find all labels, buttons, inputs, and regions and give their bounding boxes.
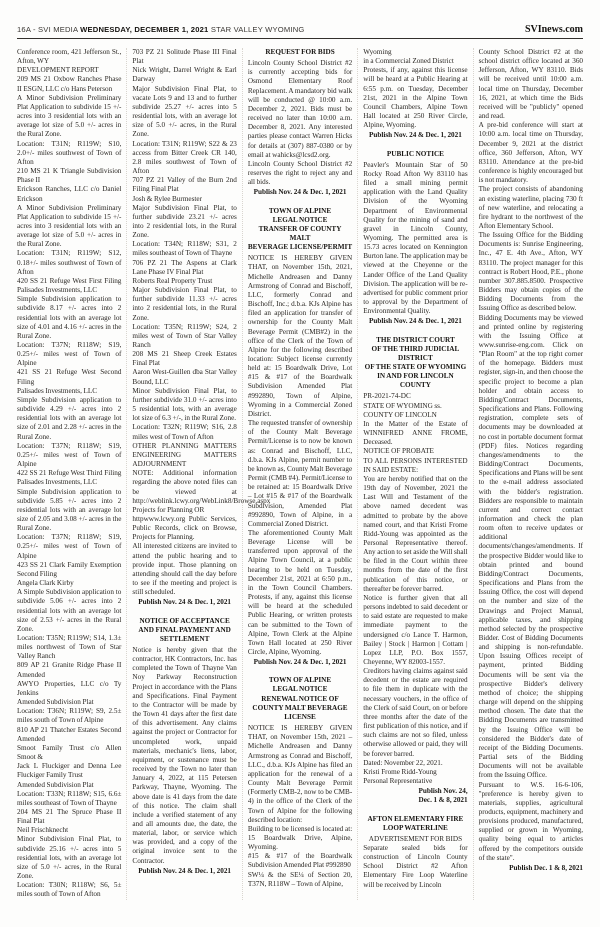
notice-paragraph: Separate sealed bids for construction of… xyxy=(363,844,467,890)
publish-line: Publish Nov. 24 & Dec. 1, 2021 xyxy=(363,131,467,140)
issue-date: WEDNESDAY, DECEMBER 1, 2021 xyxy=(80,25,208,34)
notice-paragraph: 209 MS 21 Oxbow Ranches Phase II ESGN, L… xyxy=(17,75,121,93)
notice-paragraph: Wyoming xyxy=(363,48,467,57)
page-label: 16A - SVI MEDIA xyxy=(17,25,78,34)
news-column-3: REQUEST FOR BIDSLincoln County School Di… xyxy=(248,48,358,900)
notice-paragraph: 423 SS 21 Clark Family Exemption Second … xyxy=(17,561,121,579)
publish-line: Publish Nov. 24 & Dec. 1, 2021 xyxy=(132,867,236,876)
notice-heading: THE DISTRICT COURT OF THE THIRD JUDICIAL… xyxy=(363,336,467,391)
publish-line: Publish Nov. 24 & Dec. 1, 2021 xyxy=(363,317,467,326)
notice-paragraph: The project consists of abandoning an ex… xyxy=(479,185,583,231)
notice-paragraph: #15 & #17 of the Boardwalk Subdivision A… xyxy=(248,852,352,870)
notice-paragraph: Aaron West-Guillen dba Star Valley Bound… xyxy=(132,368,236,386)
notice-paragraph: Personal Representative xyxy=(363,777,467,786)
notice-paragraph: Location: T31N; R119W; S22 & 23 access f… xyxy=(132,140,236,177)
notice-paragraph: Location: T32N; R119W; S16, 2.8 miles we… xyxy=(132,423,236,441)
notice-paragraph: Erickson Ranches, LLC c/o Daniel Erickso… xyxy=(17,185,121,203)
notice-heading: AFTON ELEMENTARY FIRE LOOP WATERLINE xyxy=(363,815,467,833)
notice-paragraph: Notice is further given that all persons… xyxy=(363,594,467,667)
notice-paragraph: 420 SS 21 Refuge West First Filing Palis… xyxy=(17,277,121,295)
notice-paragraph: Location: T35N; R119W; S14, 1.3± miles n… xyxy=(17,634,121,661)
notice-paragraph: 210 MS 21 K Triangle Subdivision Phase I… xyxy=(17,167,121,185)
notice-paragraph: Palisades Investments, LLC xyxy=(17,387,121,396)
notice-paragraph: Location: T36N; R119W; S9, 2.5± miles so… xyxy=(17,707,121,725)
notice-paragraph: The requested transfer of ownership of t… xyxy=(248,419,352,529)
notice-paragraph: 208 MS 21 Sheep Creek Estates Final Plat xyxy=(132,350,236,368)
publish-line: Publish Nov. 24 & Dec. 1, 2021 xyxy=(248,188,352,197)
notice-paragraph: 706 PZ 21 The Aspens at Clark Lane Phase… xyxy=(132,259,236,277)
notice-paragraph: Amended Subdivision Plat xyxy=(17,781,121,790)
notice-paragraph: The aforementioned County Malt Beverage … xyxy=(248,529,352,657)
notice-paragraph: County School District #2 at the school … xyxy=(479,48,583,121)
region-label: STAR VALLEY WYOMING xyxy=(211,25,305,34)
notice-heading: TOWN OF ALPINE LEGAL NOTICE TRANSFER OF … xyxy=(248,207,352,253)
notice-paragraph: 809 AP 21 Granite Ridge Phase II Amended xyxy=(17,661,121,679)
notice-paragraph: All interested citizens are invited to a… xyxy=(132,542,236,597)
notice-paragraph: Location: T34N; R118W; S31, 2 miles sout… xyxy=(132,240,236,258)
news-column-5: County School District #2 at the school … xyxy=(479,48,583,900)
legal-notices-columns: Conference room, 421 Jefferson St., Afto… xyxy=(0,39,600,900)
notice-paragraph: DEVELOPMENT REPORT xyxy=(17,66,121,75)
publish-line: Publish Nov. 24 & Dec. 1, 2021 xyxy=(248,658,352,667)
notice-paragraph: Peavler's Mountain Star of 50 Rocky Road… xyxy=(363,161,467,317)
notice-paragraph: Dated: November 22, 2021. xyxy=(363,759,467,768)
notice-paragraph: Amended Subdivision Plat xyxy=(17,698,121,707)
notice-paragraph: TO ALL PERSONS INTERESTED IN SAID ESTATE… xyxy=(363,457,467,475)
notice-paragraph: STATE OF WYOMING ss. xyxy=(363,402,467,411)
notice-paragraph: Location: T37N; R118W; S19, 0.25+/- mile… xyxy=(17,533,121,560)
notice-paragraph: Building to be licensed is located at: 1… xyxy=(248,825,352,852)
notice-paragraph: Neil Frischknecht xyxy=(17,826,121,835)
notice-paragraph: Lincoln County School District #2 reserv… xyxy=(248,160,352,187)
notice-paragraph: NOTICE OF PROBATE xyxy=(363,447,467,456)
notice-heading: NOTICE OF ACCEPTANCE AND FINAL PAYMENT A… xyxy=(132,617,236,644)
masthead-left: 16A - SVI MEDIA WEDNESDAY, DECEMBER 1, 2… xyxy=(17,25,305,34)
news-column-1: Conference room, 421 Jefferson St., Afto… xyxy=(17,48,127,900)
notice-paragraph: Minor Subdivision Final Plat, to subdivi… xyxy=(17,835,121,881)
notice-paragraph: Kristi Frome Ridd-Young xyxy=(363,768,467,777)
publish-line: Publish Nov. 24, Dec. 1 & 8, 2021 xyxy=(363,787,467,805)
notice-paragraph: NOTICE IS HEREBY GIVEN THAT, on November… xyxy=(248,254,352,419)
notice-paragraph: 422 SS 21 Refuge West Third Filing Palis… xyxy=(17,469,121,487)
notice-paragraph: COUNTY OF LINCOLN xyxy=(363,411,467,420)
notice-paragraph: Major Subdivision Final Plat, to vacate … xyxy=(132,85,236,140)
notice-paragraph: Simple Subdivision application to subdiv… xyxy=(17,295,121,341)
notice-paragraph: PR-2021-74-DC xyxy=(363,392,467,401)
notice-paragraph: Location: T33N; R118W; S15, 6.6± miles s… xyxy=(17,790,121,808)
notice-heading: TOWN OF ALPINE LEGAL NOTICE RENEWAL NOTI… xyxy=(248,676,352,722)
notice-paragraph: In the Matter of the Estate of WINNIFRED… xyxy=(363,420,467,447)
masthead: 16A - SVI MEDIA WEDNESDAY, DECEMBER 1, 2… xyxy=(17,24,583,39)
notice-paragraph: A pre-bid conference will start at 10:00… xyxy=(479,121,583,185)
notice-paragraph: The Issuing Office for the Bidding Docum… xyxy=(479,231,583,313)
notice-paragraph: Minor Subdivision Final Plat, to further… xyxy=(132,387,236,424)
notice-heading: PUBLIC NOTICE xyxy=(363,150,467,159)
notice-paragraph: Location: T31N; R119W; S12, 0.18+/- mile… xyxy=(17,249,121,276)
notice-paragraph: Notice is hereby given that the contract… xyxy=(132,646,236,866)
notice-paragraph: Josh & Rylee Burmester xyxy=(132,195,236,204)
publish-line: Publish Nov. 24 & Dec. 1, 2021 xyxy=(132,598,236,607)
notice-paragraph: Angela Clark Kirby xyxy=(17,579,121,588)
notice-paragraph: Location: T37N; R118W; S19, 0.25+/- mile… xyxy=(17,341,121,368)
website-label: SVInews.com xyxy=(525,24,583,35)
notice-paragraph: 810 AP 21 Thatcher Estates Second Amende… xyxy=(17,726,121,744)
notice-paragraph: NOTICE IS HEREBY GIVEN THAT, on November… xyxy=(248,724,352,825)
news-column-4: Wyomingin a Commercial Zoned DistrictPro… xyxy=(363,48,473,900)
notice-paragraph: Location: T31N; R119W; S10, 2.0+/- miles… xyxy=(17,140,121,167)
publish-line: Publish Dec. 1 & 8, 2021 xyxy=(479,864,583,873)
notice-paragraph: Roberts Real Property Trust xyxy=(132,277,236,286)
notice-paragraph: Pursuant to W.S. 16-6-106, "preference i… xyxy=(479,781,583,863)
notice-paragraph: OTHER PLANNING MATTERS ENGINEERING MATTE… xyxy=(132,442,236,469)
notice-paragraph: in a Commercial Zoned District xyxy=(363,57,467,66)
notice-paragraph: Location: T37N; R118W; S19, 0.25+/- mile… xyxy=(17,442,121,469)
notice-paragraph: 421 SS 21 Refuge West Second Filing xyxy=(17,368,121,386)
notice-paragraph: Simple Subdivision application to subdiv… xyxy=(17,396,121,442)
notice-paragraph: NOTE: Additional information regarding t… xyxy=(132,469,236,515)
notice-heading: REQUEST FOR BIDS xyxy=(248,48,352,57)
notice-paragraph: Location: T35N; R119W; S24, 2 miles west… xyxy=(132,323,236,350)
notice-paragraph: httpwww.lcwy.org Public Services, Public… xyxy=(132,515,236,542)
notice-paragraph: Bidding Documents may be viewed and prin… xyxy=(479,314,583,781)
notice-paragraph: Lincoln County School District #2 is cur… xyxy=(248,59,352,160)
notice-paragraph: Location: T30N; R118W; S6, 5± miles sout… xyxy=(17,881,121,899)
notice-paragraph: Major Subdivision Final Plat, to further… xyxy=(132,204,236,241)
notice-paragraph: Protests, if any, against this license w… xyxy=(363,66,467,130)
newspaper-page: 16A - SVI MEDIA WEDNESDAY, DECEMBER 1, 2… xyxy=(0,0,600,927)
notice-paragraph: 703 PZ 21 Solitude Phase III Final Plat xyxy=(132,48,236,66)
notice-paragraph: AWYO Properties, LLC c/o Ty Jenkins xyxy=(17,680,121,698)
notice-paragraph: A Minor Subdivision Preliminary Plat App… xyxy=(17,204,121,250)
notice-paragraph: Creditors having claims against said dec… xyxy=(363,667,467,759)
notice-paragraph: Nick Wright, Darrel Wright & Earl Darway xyxy=(132,66,236,84)
notice-paragraph: Conference room, 421 Jefferson St., Afto… xyxy=(17,48,121,66)
notice-paragraph: A Simple Subdivision application to subd… xyxy=(17,588,121,634)
news-column-2: 703 PZ 21 Solitude Phase III Final PlatN… xyxy=(132,48,242,900)
notice-paragraph: 204 MS 21 The Spruce Phase II Final Plat xyxy=(17,808,121,826)
notice-paragraph: Simple Subdivision application to subdiv… xyxy=(17,488,121,534)
notice-paragraph: 707 PZ 21 Valley of the Burn 2nd Filing … xyxy=(132,176,236,194)
notice-paragraph: Smoot Family Trust c/o Allen Smoot & xyxy=(17,744,121,762)
notice-paragraph: Jack L Fluckiger and Denna Lee Fluckiger… xyxy=(17,762,121,780)
notice-paragraph: A Minor Subdivision Preliminary Plat App… xyxy=(17,94,121,140)
notice-paragraph: SW¼ & the SE¼ of Section 20, T37N, R118W… xyxy=(248,871,352,889)
notice-subheading: ADVERTISEMENT FOR BIDS xyxy=(363,835,467,844)
notice-paragraph: You are hereby notified that on the 19th… xyxy=(363,475,467,594)
notice-paragraph: Major Subdivision Final Plat, to further… xyxy=(132,286,236,323)
